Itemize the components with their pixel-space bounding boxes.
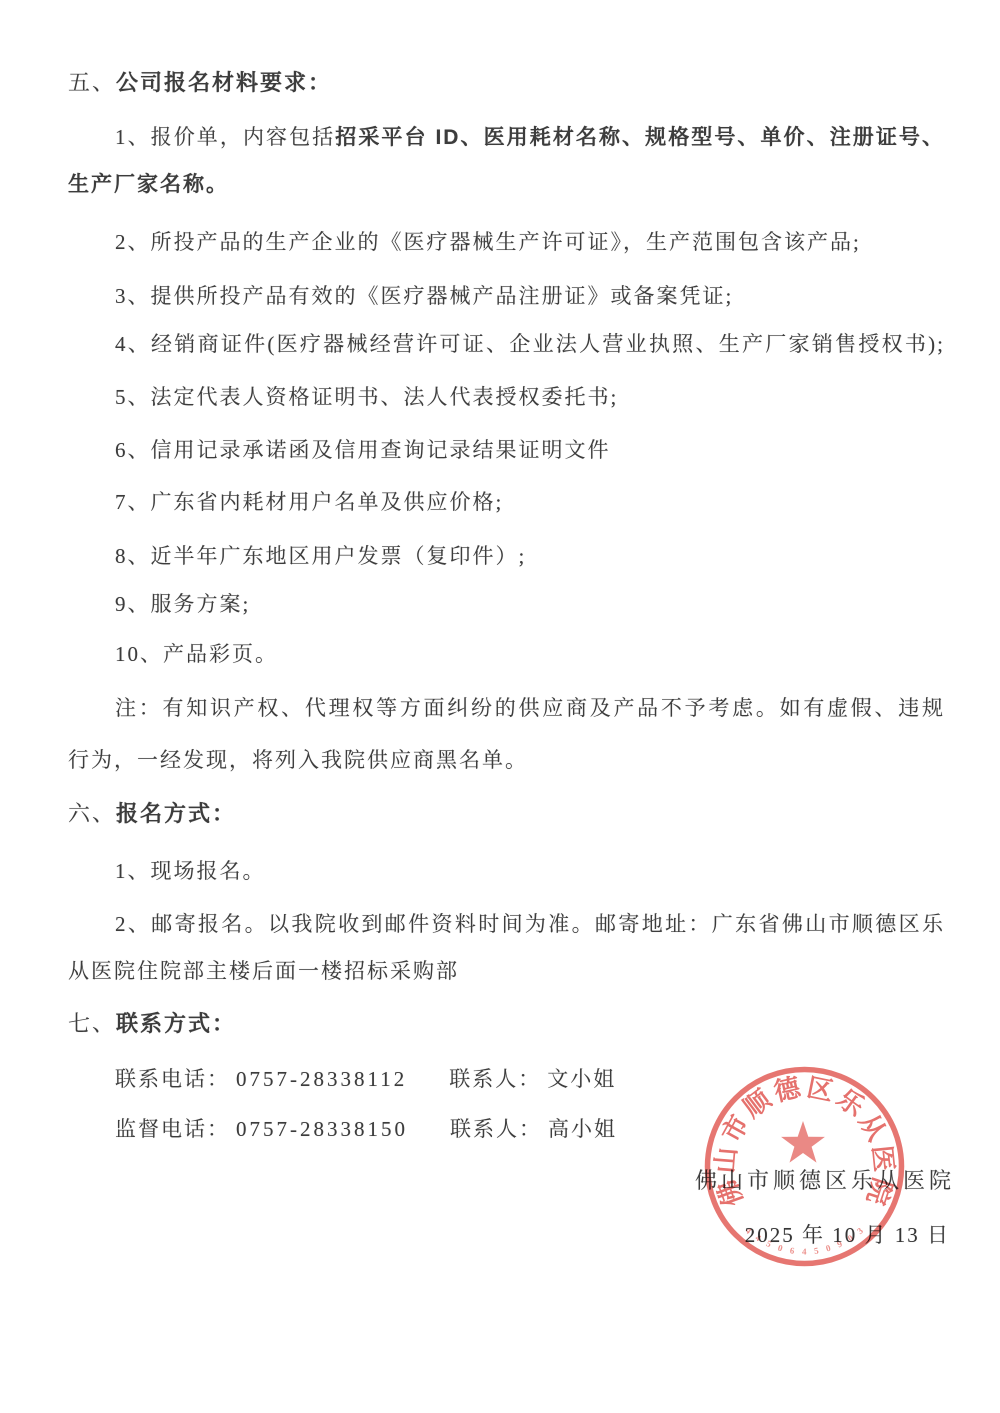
section-5-heading: 五、公司报名材料要求： <box>68 70 332 96</box>
section-6-item-2-line-2: 从医院住院部主楼后面一楼招标采购部 <box>68 958 945 984</box>
note-line-2: 行为，一经发现，将列入我院供应商黑名单。 <box>68 747 945 773</box>
item-10: 10、产品彩页。 <box>115 641 945 667</box>
section-7-title: 联系方式： <box>116 1011 236 1036</box>
seal-star-icon <box>781 1121 825 1163</box>
section-6-heading: 六、报名方式： <box>68 801 236 827</box>
supervise-person-label: 联系人： <box>450 1116 542 1142</box>
item-1-line-2: 生产厂家名称。 <box>68 171 945 198</box>
item-1-line-1: 1、报价单，内容包括招采平台 ID、医用耗材名称、规格型号、单价、注册证号、 <box>115 124 945 151</box>
supervise-phone-number: 0757-28338150 <box>236 1116 408 1142</box>
note-line-1: 注：有知识产权、代理权等方面纠纷的供应商及产品不予考虑。如有虚假、违规 <box>115 695 945 721</box>
item-5: 5、法定代表人资格证明书、法人代表授权委托书; <box>115 384 945 410</box>
item-3: 3、提供所投产品有效的《医疗器械产品注册证》或备案凭证; <box>115 283 945 309</box>
contact-phone-number: 0757-28338112 <box>236 1066 407 1092</box>
section-5-title: 公司报名材料要求： <box>116 70 332 95</box>
item-6: 6、信用记录承诺函及信用查询记录结果证明文件 <box>115 437 945 463</box>
item-4: 4、经销商证件(医疗器械经营许可证、企业法人营业执照、生产厂家销售授权书); <box>115 331 945 357</box>
section-7-heading: 七、联系方式： <box>68 1011 236 1037</box>
item-9: 9、服务方案; <box>115 591 945 617</box>
hospital-seal-stamp: 佛山市顺德区乐从医院 44506450903 <box>701 1063 908 1270</box>
section-5-number: 五、 <box>68 70 116 95</box>
item-1-regular-text: 1、报价单，内容包括 <box>115 125 335 149</box>
section-6-title: 报名方式： <box>116 801 236 826</box>
section-7-number: 七、 <box>68 1011 116 1036</box>
item-1-bold-text: 招采平台 ID、医用耗材名称、规格型号、单价、注册证号、 <box>335 126 945 149</box>
supervise-phone-label: 监督电话： <box>115 1116 230 1142</box>
item-7: 7、广东省内耗材用户名单及供应价格; <box>115 489 945 515</box>
document-page: 五、公司报名材料要求： 1、报价单，内容包括招采平台 ID、医用耗材名称、规格型… <box>0 0 1000 1413</box>
item-1-bold-wrap: 生产厂家名称。 <box>68 173 229 196</box>
item-2: 2、所投产品的生产企业的《医疗器械生产许可证》，生产范围包含该产品; <box>115 229 945 255</box>
item-8: 8、近半年广东地区用户发票（复印件）; <box>115 543 945 569</box>
section-6-item-1: 1、现场报名。 <box>115 858 945 884</box>
section-6-number: 六、 <box>68 801 116 826</box>
contact-person-name: 文小姐 <box>547 1066 616 1092</box>
supervise-person-name: 高小姐 <box>548 1116 617 1142</box>
contact-person-label: 联系人： <box>449 1066 541 1092</box>
section-6-item-2-line-1: 2、邮寄报名。以我院收到邮件资料时间为准。邮寄地址：广东省佛山市顺德区乐 <box>115 911 945 937</box>
contact-phone-label: 联系电话： <box>115 1066 230 1092</box>
